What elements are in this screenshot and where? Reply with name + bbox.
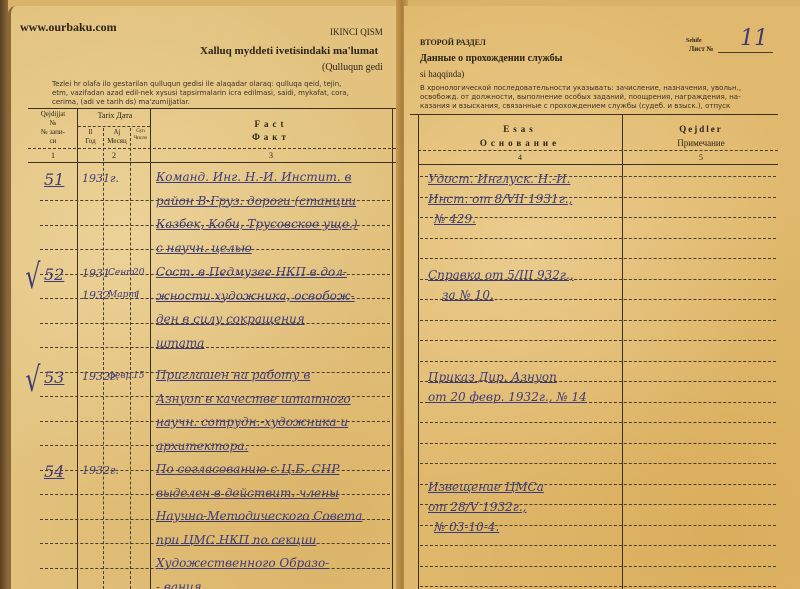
col-divider — [150, 108, 151, 589]
left-note-line-2: etm, vazifadan azad edil-nek xysusi taps… — [52, 89, 349, 98]
basis-line: Удост. Инглуск. Н.-И. — [428, 172, 570, 186]
entry-day: 20 — [133, 268, 144, 278]
ruled-line — [420, 422, 776, 423]
fact-line: - вания — [156, 580, 202, 589]
checkmark-icon: √ — [25, 257, 40, 297]
ruled-line — [420, 258, 776, 259]
col-divider — [622, 114, 623, 589]
right-note-line-1: В хронологической последовательности ука… — [420, 84, 741, 93]
header-record-no-line: № — [30, 119, 76, 128]
header-basis: Esas Основание — [420, 122, 620, 150]
header-month: Aj Месяц — [104, 128, 130, 146]
entry-year-end: 1932 — [82, 289, 110, 302]
fact-line: с научн. целью — [156, 241, 252, 255]
sheet-number: 11 — [740, 26, 768, 51]
left-header-bottom-rule — [28, 162, 396, 163]
fact-line: Сост. в Педмузее НКП в дол- — [156, 265, 347, 279]
col-divider — [418, 114, 419, 589]
header-remarks-ru: Примечание — [624, 136, 778, 150]
basis-line: Инст. от 8/VII 1931г., — [428, 192, 572, 206]
fact-line: Художественного Образо- — [156, 556, 329, 570]
entry-year: 1931 — [82, 267, 110, 280]
col-number-1: 1 — [30, 151, 76, 160]
basis-line: Справка от 5/III 932г., — [428, 268, 574, 282]
record-number: 51 — [44, 170, 64, 189]
header-month-az: Aj — [104, 128, 130, 137]
fact-line: выделен в действит. члены — [156, 486, 339, 500]
entry-year: 1931г. — [82, 172, 119, 185]
col-divider — [77, 108, 78, 589]
ruled-line — [420, 320, 776, 321]
fact-line: при ЦМС НКП по секции — [156, 533, 316, 547]
sheet-label-az: Sehife — [686, 38, 702, 44]
basis-line: за № 10. — [442, 288, 494, 302]
header-record-no-line: № запи- — [30, 128, 76, 137]
header-basis-ru: Основание — [420, 136, 620, 150]
ruled-line — [40, 347, 390, 348]
open-service-record-book: www.ourbaku.com IKINCI QISM Xalluq mydde… — [0, 0, 800, 589]
basis-line: Извещение ЦМСа — [428, 480, 544, 494]
book-cover-edge — [0, 0, 8, 589]
left-page-title: Xalluq myddeti ivetisindaki ma'lumat — [200, 45, 378, 57]
col-number-5: 5 — [624, 153, 778, 162]
header-fact-az: Fact — [151, 118, 391, 131]
fact-line: жности художника, освобож- — [156, 289, 355, 303]
header-fact-ru: Факт — [151, 131, 391, 144]
fact-line: По согласованию с Ц.Б. СНР — [156, 462, 339, 476]
right-page-subtitle: si haqqinda) — [420, 69, 464, 79]
col-divider — [392, 108, 393, 589]
header-record-no: Qejdijjat № № запи- си — [30, 110, 76, 146]
entry-month: февр. — [108, 371, 134, 381]
header-month-ru: Месяц — [104, 137, 130, 146]
ruled-line — [420, 443, 776, 444]
left-note-line-1: Tezlei hr olafa ilo gestarilan qulluqun … — [52, 80, 341, 89]
col-divider — [130, 128, 131, 589]
right-page-title: Данные о прохождении службы — [420, 53, 562, 64]
entry-month-end: Март — [108, 290, 137, 300]
col-divider — [103, 128, 104, 589]
header-year: Il Год — [78, 128, 103, 146]
left-header-rule — [28, 148, 396, 149]
checkmark-icon: √ — [25, 360, 40, 400]
record-number: 53 — [44, 368, 64, 387]
right-table-top-rule — [410, 114, 778, 115]
header-day: Gyn Число — [131, 128, 150, 142]
header-fact: Fact Факт — [151, 118, 391, 144]
header-record-no-line: си — [30, 137, 76, 146]
basis-line: № 429. — [434, 212, 476, 226]
basis-line: от 20 февр. 1932г., № 14 — [428, 390, 587, 404]
watermark: www.ourbaku.com — [20, 20, 117, 35]
right-note-line-3: казания и взыскания, связанные с прохожд… — [420, 102, 730, 111]
left-table-top-rule — [28, 108, 396, 109]
sheet-number-line — [718, 52, 773, 53]
fact-line: архитектора. — [156, 439, 248, 453]
basis-line: Приказ Дир. Азнуоп — [428, 370, 557, 384]
header-remarks-az: Qejdler — [624, 122, 778, 136]
header-date-group: Tarix Дата — [80, 111, 150, 120]
right-note-line-2: освобожд. от должности, выполнение особы… — [420, 93, 741, 102]
ruled-line — [420, 545, 776, 546]
entry-year: 1932г. — [82, 464, 119, 477]
header-remarks: Qejdler Примечание — [624, 122, 778, 150]
ruled-line — [420, 586, 776, 587]
col-number-3: 3 — [151, 151, 391, 160]
fact-line: Казбек, Коби, Трусовское уще.) — [156, 217, 358, 231]
fact-line: район В-Груз. дороги (станции — [156, 194, 356, 208]
right-header-bottom-rule — [418, 164, 778, 165]
ruled-line — [420, 566, 776, 567]
ruled-line — [420, 361, 776, 362]
fact-line: Научно-Методического Совета — [156, 509, 362, 523]
left-note-line-3: cerima, (adi ve tarih ds) ma'zumijjatlar… — [52, 98, 190, 107]
header-basis-az: Esas — [420, 122, 620, 136]
sheet-label-ru: Лист № — [689, 45, 714, 53]
right-header-rule — [418, 150, 778, 151]
date-group-rule — [78, 126, 150, 127]
col-number-2: 2 — [78, 151, 150, 160]
record-number: 54 — [44, 462, 64, 481]
entry-day-end: 1 — [134, 289, 141, 302]
header-day-ru: Число — [131, 135, 150, 142]
ruled-line — [420, 463, 776, 464]
fact-line: Приглашен на работу в — [156, 368, 310, 382]
left-section-label: IKINCI QISM — [330, 27, 383, 37]
fact-line: штата — [156, 336, 204, 350]
header-year-ru: Год — [78, 137, 103, 146]
fact-line: Азнуоп в качестве штатного — [156, 392, 351, 406]
col-number-4: 4 — [420, 153, 620, 162]
left-page-subtitle: (Qulluqun gedi — [322, 62, 383, 73]
header-year-az: Il — [78, 128, 103, 137]
fact-line: Команд. Инг. Н.-И. Инстит. в — [156, 170, 351, 184]
fact-line: научн. сотрудн.-художника и — [156, 415, 348, 429]
entry-day: 15 — [133, 371, 144, 381]
fact-line: ден в силу сокращения — [156, 312, 305, 326]
basis-line: № 03-10-4. — [434, 520, 499, 534]
basis-line: от 28/V 1932г., — [428, 500, 526, 514]
ruled-line — [420, 238, 776, 239]
right-section-label: ВТОРОЙ РАЗДЕЛ — [420, 38, 486, 47]
ruled-line — [420, 340, 776, 341]
header-record-no-line: Qejdijjat — [30, 110, 76, 119]
record-number: 52 — [44, 265, 64, 284]
header-day-az: Gyn — [131, 128, 150, 135]
